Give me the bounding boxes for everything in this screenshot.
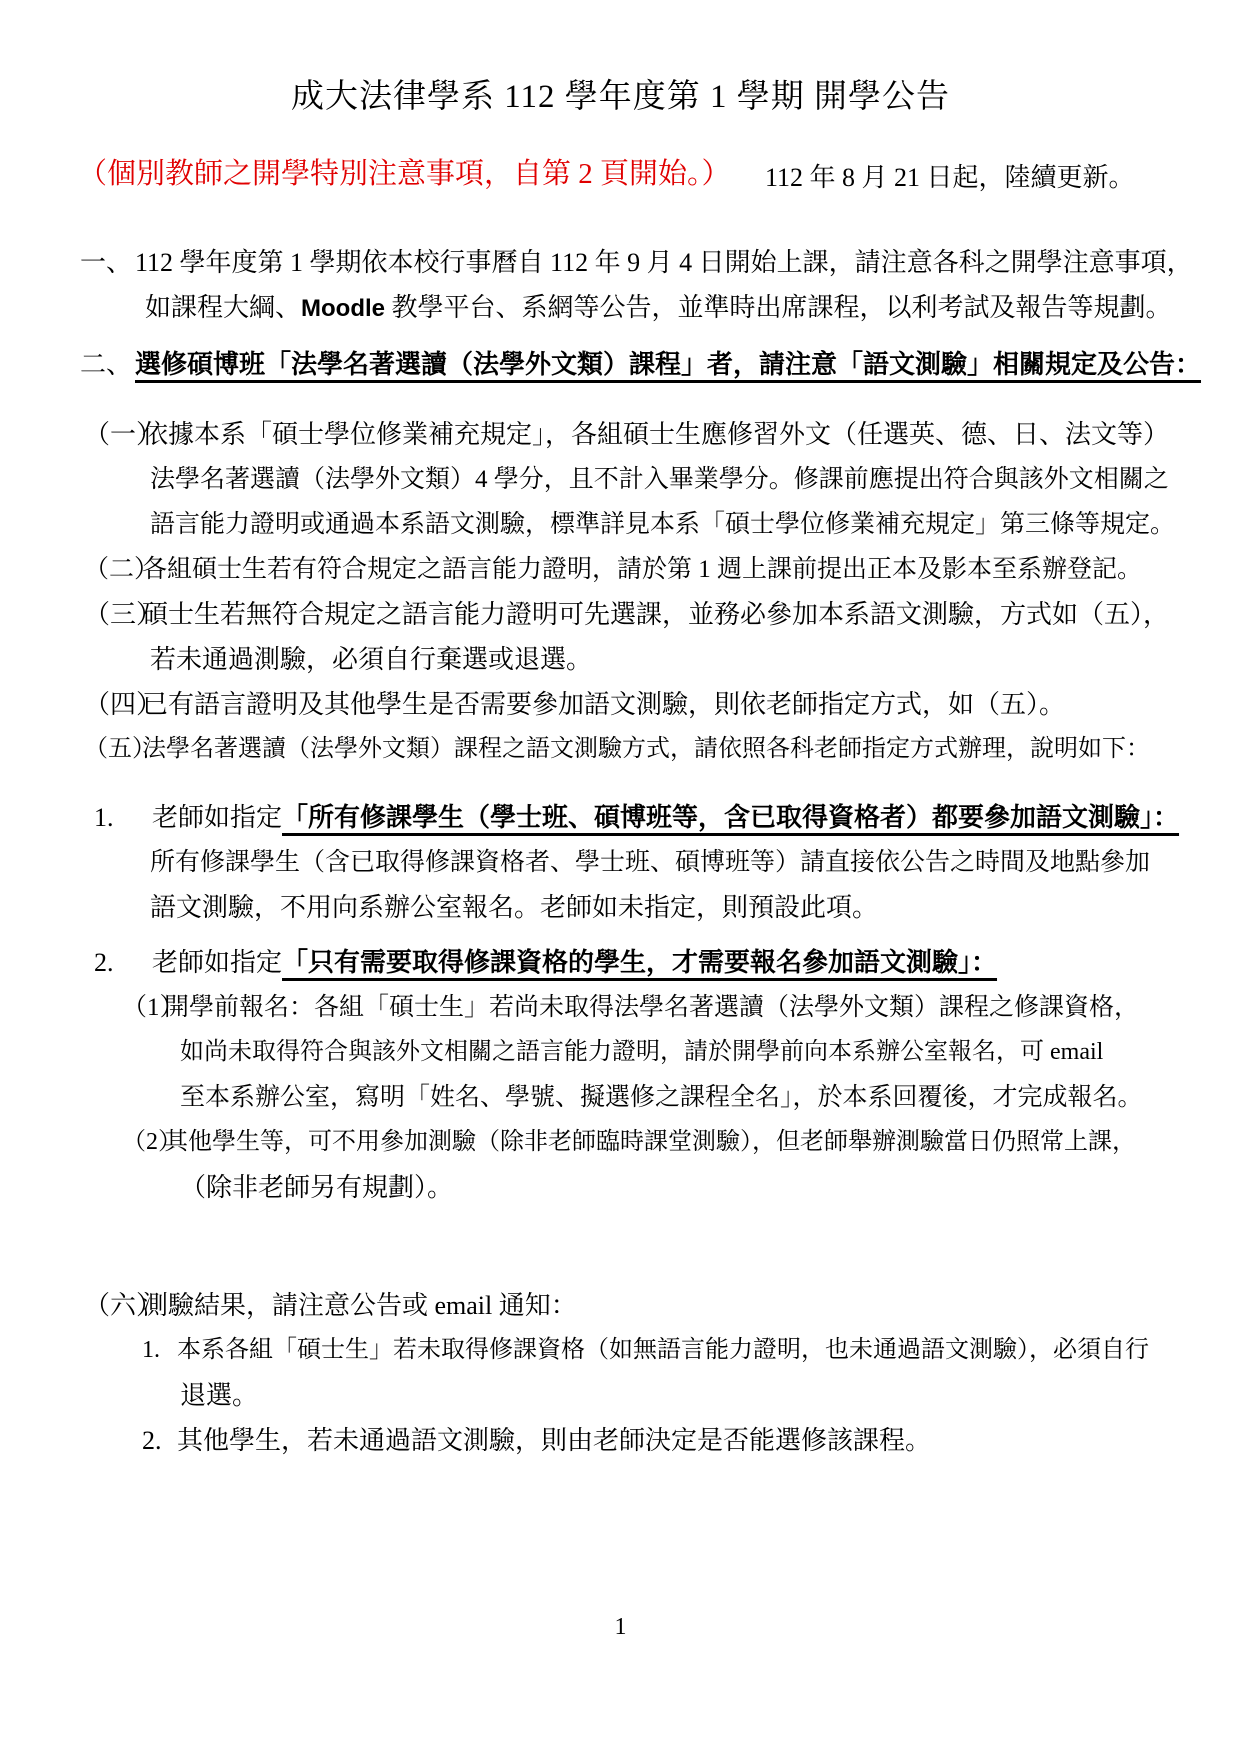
point-1-line-1: （1） 開學前報名：各組「碩士生」若尚未取得法學名著選讀（法學外文類）課程之修課…: [0, 985, 1241, 1030]
result-1-text-1: 本系各組「碩士生」若未取得修課資格（如無語言能力證明，也未通過語文測驗），必須自…: [177, 1337, 1149, 1363]
clause-1-line-2: 法學名著選讀（法學外文類）4 學分，且不計入畢業學分。修課前應提出符合與該外文相…: [0, 457, 1241, 502]
clause-5-marker: （五）: [84, 727, 156, 772]
result-1-marker: 1.: [142, 1328, 160, 1373]
point-1-text-2: 如尚未取得符合與該外文相關之語言能力證明，請於開學前向本系辦公室報名，可 ema…: [180, 1039, 1103, 1065]
clause-4-text-1: 已有語言證明及其他學生是否需要參加語文測驗，則依老師指定方式，如（五）。: [142, 690, 1065, 719]
section-2-heading-line: 二、 選修碩博班「法學名著選讀（法學外文類）課程」者，請注意「語文測驗」相關規定…: [0, 342, 1241, 387]
option-2-line-1: 2. 老師如指定「只有需要取得修課資格的學生，才需要報名參加語文測驗」：: [0, 940, 1241, 985]
section-1-line-1: 一、 112 學年度第 1 學期依本校行事曆自 112 年 9 月 4 日開始上…: [0, 240, 1241, 285]
section-2-heading-text: 選修碩博班「法學名著選讀（法學外文類）課程」者，請注意「語文測驗」相關規定及公告…: [135, 350, 1201, 379]
clause-1-line-3: 語言能力證明或通過本系語文測驗，標準詳見本系「碩士學位修業補充規定」第三條等規定…: [0, 502, 1241, 547]
section-2-marker: 二、: [80, 342, 132, 387]
update-date-note: 112 年 8 月 21 日起，陸續更新。: [765, 155, 1135, 200]
clause-3-text-1: 碩士生若無符合規定之語言能力證明可先選課，並務必參加本系語文測驗，方式如（五），: [142, 600, 1169, 629]
option-1-emphasis: 「所有修課學生（學士班、碩博班等，含已取得資格者）都要參加語文測驗」：: [282, 803, 1179, 832]
section-1-line-2: 如課程大綱、Moodle 教學平台、系網等公告，並準時出席課程，以利考試及報告等…: [0, 285, 1241, 330]
clause-1-text-2: 法學名著選讀（法學外文類）4 學分，且不計入畢業學分。修課前應提出符合與該外文相…: [150, 466, 1169, 493]
moodle-word: Moodle: [301, 295, 385, 322]
point-1-marker: （1）: [122, 985, 185, 1030]
page-title: 成大法律學系 112 學年度第 1 學期 開學公告: [0, 72, 1241, 122]
option-1-prefix: 老師如指定: [152, 803, 282, 832]
section-1-marker: 一、: [80, 240, 132, 285]
section-1-text-1: 112 學年度第 1 學期依本校行事曆自 112 年 9 月 4 日開始上課，請…: [135, 248, 1193, 277]
point-1-line-2: 如尚未取得符合與該外文相關之語言能力證明，請於開學前向本系辦公室報名，可 ema…: [0, 1030, 1241, 1075]
page-number: 1: [615, 1614, 627, 1640]
clause-4-marker: （四）: [84, 682, 162, 727]
point-1-line-3: 至本系辦公室，寫明「姓名、學號、擬選修之課程全名」，於本系回覆後，才完成報名。: [0, 1075, 1241, 1120]
option-2-prefix: 老師如指定: [152, 948, 282, 977]
clause-2-line-1: （二） 各組碩士生若有符合規定之語言能力證明，請於第 1 週上課前提出正本及影本…: [0, 547, 1241, 592]
point-2-line-2: （除非老師另有規劃）。: [0, 1165, 1241, 1210]
clause-1-text-3: 語言能力證明或通過本系語文測驗，標準詳見本系「碩士學位修業補充規定」第三條等規定…: [150, 511, 1175, 538]
clause-6-line-1: （六） 測驗結果，請注意公告或 email 通知：: [0, 1283, 1241, 1328]
result-1-line-1: 1. 本系各組「碩士生」若未取得修課資格（如無語言能力證明，也未通過語文測驗），…: [0, 1328, 1241, 1373]
point-2-line-1: （2） 其他學生等，可不用參加測驗（除非老師臨時課堂測驗），但老師舉辦測驗當日仍…: [0, 1120, 1241, 1165]
clause-4-line-1: （四） 已有語言證明及其他學生是否需要參加語文測驗，則依老師指定方式，如（五）。: [0, 682, 1241, 727]
clause-6-text-1: 測驗結果，請注意公告或 email 通知：: [142, 1291, 577, 1320]
red-special-notice: （個別教師之開學特別注意事項，自第 2 頁開始。）: [78, 152, 731, 197]
clause-1-marker: （一）: [84, 412, 162, 457]
option-2-emphasis: 「只有需要取得修課資格的學生，才需要報名參加語文測驗」：: [282, 948, 997, 977]
clause-2-text-1: 各組碩士生若有符合規定之語言能力證明，請於第 1 週上課前提出正本及影本至系辦登…: [142, 556, 1142, 583]
clause-6-marker: （六）: [84, 1283, 162, 1328]
point-2-text-1: 其他學生等，可不用參加測驗（除非老師臨時課堂測驗），但老師舉辦測驗當日仍照常上課…: [164, 1129, 1136, 1155]
point-2-marker: （2）: [122, 1120, 182, 1165]
clause-5-text-1: 法學名著選讀（法學外文類）課程之語文測驗方式，請依照各科老師指定方式辦理，說明如…: [142, 736, 1150, 762]
option-1-line-3: 語文測驗，不用向系辦公室報名。老師如未指定，則預設此項。: [0, 885, 1241, 930]
option-1-text-2: 所有修課學生（含已取得修課資格者、學士班、碩博班等）請直接依公告之時間及地點參加: [150, 849, 1150, 876]
section-1-text-2b: 教學平台、系網等公告，並準時出席課程，以利考試及報告等規劃。: [385, 293, 1172, 322]
result-2-marker: 2.: [142, 1418, 162, 1463]
result-1-text-2: 退選。: [180, 1381, 258, 1410]
point-1-text-1: 開學前報名：各組「碩士生」若尚未取得法學名著選讀（法學外文類）課程之修課資格，: [164, 994, 1139, 1021]
page-footer: 1: [0, 1612, 1241, 1642]
clause-5-line-1: （五） 法學名著選讀（法學外文類）課程之語文測驗方式，請依照各科老師指定方式辦理…: [0, 727, 1241, 772]
section-1-text-2a: 如課程大綱、: [145, 293, 301, 322]
point-2-text-2: （除非老師另有規劃）。: [180, 1173, 453, 1202]
option-1-marker: 1.: [94, 795, 114, 840]
option-1-line-2: 所有修課學生（含已取得修課資格者、學士班、碩博班等）請直接依公告之時間及地點參加: [0, 840, 1241, 885]
clause-3-line-1: （三） 碩士生若無符合規定之語言能力證明可先選課，並務必參加本系語文測驗，方式如…: [0, 592, 1241, 637]
clause-3-text-2: 若未通過測驗，必須自行棄選或退選。: [150, 645, 592, 674]
result-2-line-1: 2. 其他學生，若未通過語文測驗，則由老師決定是否能選修該課程。: [0, 1418, 1241, 1463]
clause-3-line-2: 若未通過測驗，必須自行棄選或退選。: [0, 637, 1241, 682]
option-2-marker: 2.: [94, 940, 114, 985]
notice-row: （個別教師之開學特別注意事項，自第 2 頁開始。） 112 年 8 月 21 日…: [0, 152, 1241, 197]
result-1-line-2: 退選。: [0, 1373, 1241, 1418]
document-page: 成大法律學系 112 學年度第 1 學期 開學公告 （個別教師之開學特別注意事項…: [0, 0, 1241, 1755]
option-1-text-3: 語文測驗，不用向系辦公室報名。老師如未指定，則預設此項。: [150, 893, 878, 922]
clause-2-marker: （二）: [84, 547, 159, 592]
clause-3-marker: （三）: [84, 592, 162, 637]
result-2-text-1: 其他學生，若未通過語文測驗，則由老師決定是否能選修該課程。: [177, 1426, 931, 1455]
point-1-text-3: 至本系辦公室，寫明「姓名、學號、擬選修之課程全名」，於本系回覆後，才完成報名。: [180, 1084, 1143, 1111]
clause-1-text-1: 依據本系「碩士學位修業補充規定」，各組碩士生應修習外文（任選英、德、日、法文等）: [142, 420, 1169, 449]
clause-1-line-1: （一） 依據本系「碩士學位修業補充規定」，各組碩士生應修習外文（任選英、德、日、…: [0, 412, 1241, 457]
option-1-line-1: 1. 老師如指定「所有修課學生（學士班、碩博班等，含已取得資格者）都要參加語文測…: [0, 795, 1241, 840]
